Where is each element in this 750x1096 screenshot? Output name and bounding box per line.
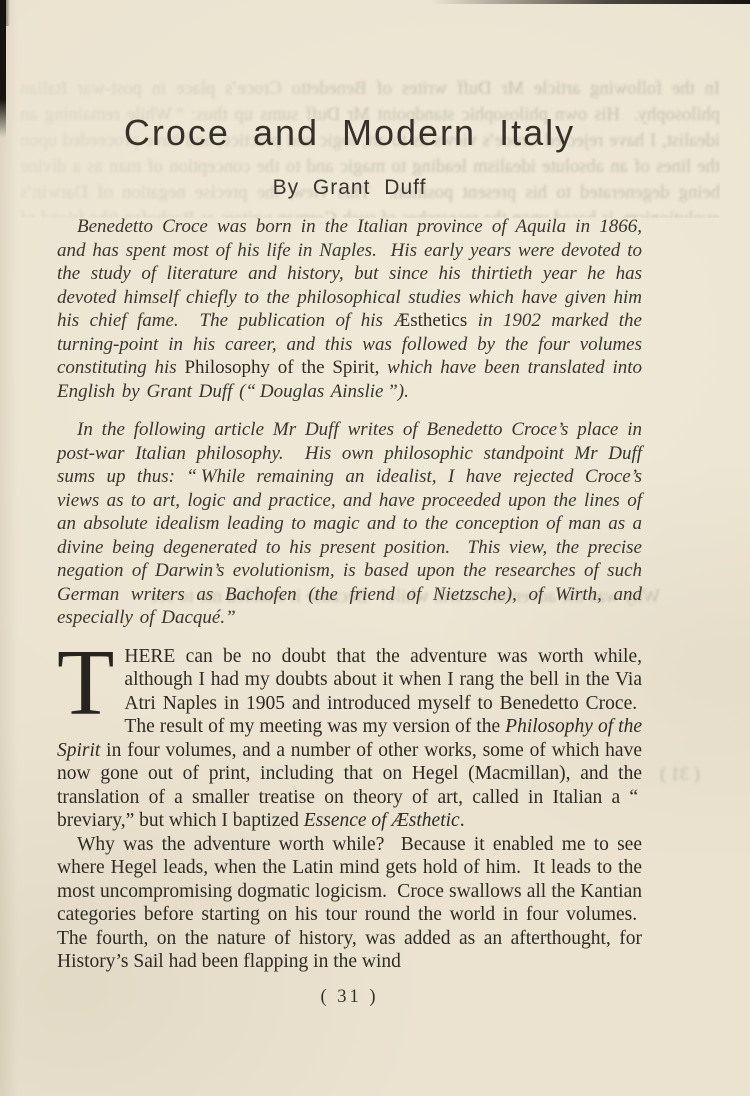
intro-paragraph-2: In the following article Mr Duff writes … bbox=[57, 418, 642, 630]
body-paragraph-1-text: HERE can be no doubt that the adventure … bbox=[57, 646, 642, 832]
drop-cap-letter: T bbox=[57, 648, 114, 718]
intro-paragraph-1: Benedetto Croce was born in the Italian … bbox=[57, 215, 642, 403]
scanned-page: In the following article Mr Duff writes … bbox=[0, 0, 750, 1096]
article-byline: By Grant Duff bbox=[57, 176, 642, 200]
body-paragraph-1: THERE can be no doubt that the adventure… bbox=[57, 645, 642, 833]
scan-edge-artifact-top bbox=[430, 0, 750, 4]
scan-edge-artifact-left bbox=[0, 0, 6, 138]
article-title: Croce and Modern Italy bbox=[57, 112, 642, 154]
page-content: Croce and Modern Italy By Grant Duff Ben… bbox=[57, 112, 642, 1008]
body-paragraph-2: Why was the adventure worth while? Becau… bbox=[57, 833, 642, 974]
page-number: ( 31 ) bbox=[57, 987, 642, 1008]
